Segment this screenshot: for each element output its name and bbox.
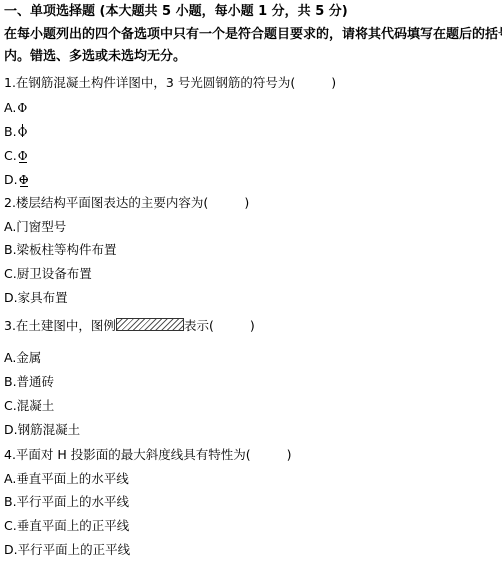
question-3-option-d: D.钢筋混凝土: [4, 422, 80, 438]
question-3-text-before: 3.在土建图中，图例: [4, 318, 116, 333]
question-3-text-after: 表示(: [184, 318, 214, 333]
close-paren: ): [331, 75, 336, 90]
close-paren: ): [287, 447, 292, 462]
question-1-text: 1.在钢筋混凝土构件详图中，3 号光圆钢筋的符号为(: [4, 75, 295, 90]
question-3-stem: 3.在土建图中，图例表示(): [4, 318, 255, 334]
question-2-text: 2.楼层结构平面图表达的主要内容为(: [4, 195, 208, 210]
close-paren: ): [244, 195, 249, 210]
question-4-option-b: B.平行平面上的水平线: [4, 494, 129, 510]
question-4-option-d: D.平行平面上的正平线: [4, 542, 130, 558]
question-1-option-c: C.Φ: [4, 148, 29, 164]
close-paren: ): [250, 318, 255, 333]
option-label: C.: [4, 148, 17, 163]
hatch-legend-icon: [116, 318, 184, 331]
question-2-stem: 2.楼层结构平面图表达的主要内容为(): [4, 195, 249, 211]
rebar-grade-2-icon: Φ: [17, 124, 29, 140]
question-3-option-b: B.普通砖: [4, 374, 54, 390]
question-4-text: 4.平面对 H 投影面的最大斜度线具有特性为(: [4, 447, 251, 462]
option-label: B.: [4, 124, 17, 139]
rebar-grade-4-icon: Φ: [18, 172, 30, 188]
rebar-grade-3-icon: Φ: [17, 148, 29, 164]
question-1-stem: 1.在钢筋混凝土构件详图中，3 号光圆钢筋的符号为(): [4, 75, 336, 91]
question-4-option-a: A.垂直平面上的水平线: [4, 471, 129, 487]
question-1-option-a: A.Φ: [4, 100, 28, 116]
section-heading: 一、单项选择题 (本大题共 5 小题，每小题 1 分，共 5 分): [4, 4, 348, 20]
question-1-option-b: B.Φ: [4, 124, 29, 140]
question-2-option-b: B.梁板柱等构件布置: [4, 242, 117, 258]
question-3-option-c: C.混凝土: [4, 398, 54, 414]
question-3-option-a: A.金属: [4, 350, 41, 366]
question-2-option-a: A.门窗型号: [4, 219, 66, 235]
option-label: A.: [4, 100, 16, 115]
instructions-line-2: 内。错选、多选或未选均无分。: [4, 49, 186, 65]
rebar-grade-1-icon: Φ: [16, 100, 28, 116]
option-label: D.: [4, 172, 18, 187]
question-1-option-d: D.Φ: [4, 172, 30, 188]
instructions-line-1: 在每小题列出的四个备选项中只有一个是符合题目要求的，请将其代码填写在题后的括号: [4, 27, 502, 43]
question-2-option-d: D.家具布置: [4, 290, 68, 306]
question-4-option-c: C.垂直平面上的正平线: [4, 518, 129, 534]
question-2-option-c: C.厨卫设备布置: [4, 266, 92, 282]
question-4-stem: 4.平面对 H 投影面的最大斜度线具有特性为(): [4, 447, 292, 463]
